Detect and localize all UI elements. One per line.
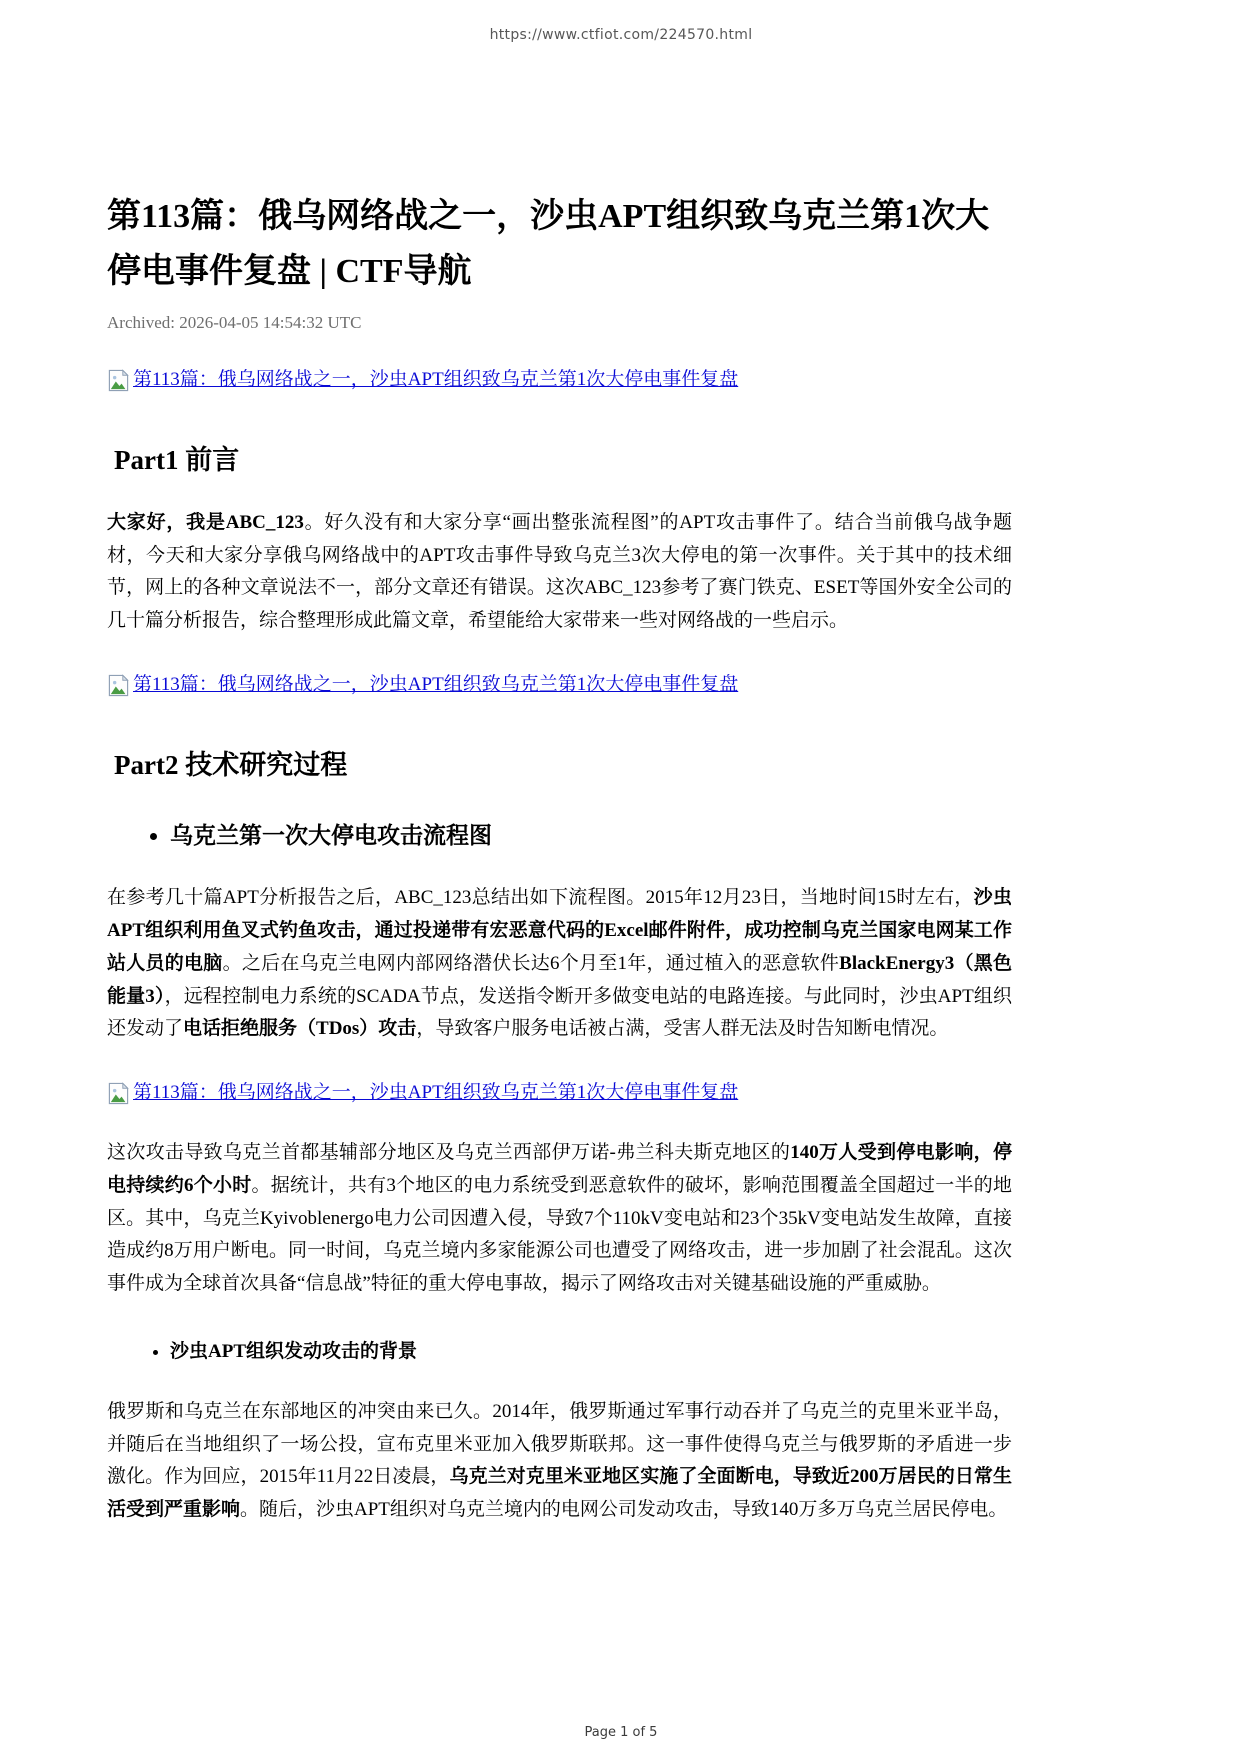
subsection-heading-background: 沙虫APT组织发动攻击的背景 [170, 1339, 1012, 1366]
article-image-link-text[interactable]: 第113篇：俄乌网络战之一，沙虫APT组织致乌克兰第1次大停电事件复盘 [133, 672, 738, 699]
section-heading-part1: Part1 前言 [107, 438, 1012, 477]
article-image-link-2[interactable]: 第113篇：俄乌网络战之一，沙虫APT组织致乌克兰第1次大停电事件复盘 [107, 672, 1012, 699]
broken-image-icon [107, 674, 130, 697]
source-url: https://www.ctfiot.com/224570.html [0, 0, 1242, 43]
section-heading-part2: Part2 技术研究过程 [107, 743, 1012, 782]
page-title: 第113篇：俄乌网络战之一，沙虫APT组织致乌克兰第1次大停电事件复盘 | CT… [107, 189, 1012, 299]
article-body: 第113篇：俄乌网络战之一，沙虫APT组织致乌克兰第1次大停电事件复盘 | CT… [107, 189, 1012, 1527]
article-image-link-text[interactable]: 第113篇：俄乌网络战之一，沙虫APT组织致乌克兰第1次大停电事件复盘 [133, 367, 738, 394]
broken-image-icon [107, 1082, 130, 1105]
paragraph-background: 俄罗斯和乌克兰在东部地区的冲突由来已久。2014年，俄罗斯通过军事行动吞并了乌克… [107, 1396, 1012, 1527]
page-number: Page 1 of 5 [0, 1725, 1242, 1740]
archive-timestamp: Archived: 2026-04-05 14:54:32 UTC [107, 313, 1012, 333]
subsection-list: 乌克兰第一次大停电攻击流程图 [107, 820, 1012, 852]
article-image-link-text[interactable]: 第113篇：俄乌网络战之一，沙虫APT组织致乌克兰第1次大停电事件复盘 [133, 1080, 738, 1107]
subsection-list: 沙虫APT组织发动攻击的背景 [107, 1339, 1012, 1366]
paragraph-impact: 这次攻击导致乌克兰首都基辅部分地区及乌克兰西部伊万诺-弗兰科夫斯克地区的140万… [107, 1137, 1012, 1301]
article-image-link-3[interactable]: 第113篇：俄乌网络战之一，沙虫APT组织致乌克兰第1次大停电事件复盘 [107, 1080, 1012, 1107]
broken-image-icon [107, 369, 130, 392]
article-image-link-1[interactable]: 第113篇：俄乌网络战之一，沙虫APT组织致乌克兰第1次大停电事件复盘 [107, 367, 1012, 394]
subsection-heading-flowchart: 乌克兰第一次大停电攻击流程图 [170, 820, 1012, 852]
paragraph-attack-flow: 在参考几十篇APT分析报告之后，ABC_123总结出如下流程图。2015年12月… [107, 882, 1012, 1046]
paragraph-intro: 大家好，我是ABC_123。好久没有和大家分享“画出整张流程图”的APT攻击事件… [107, 507, 1012, 638]
